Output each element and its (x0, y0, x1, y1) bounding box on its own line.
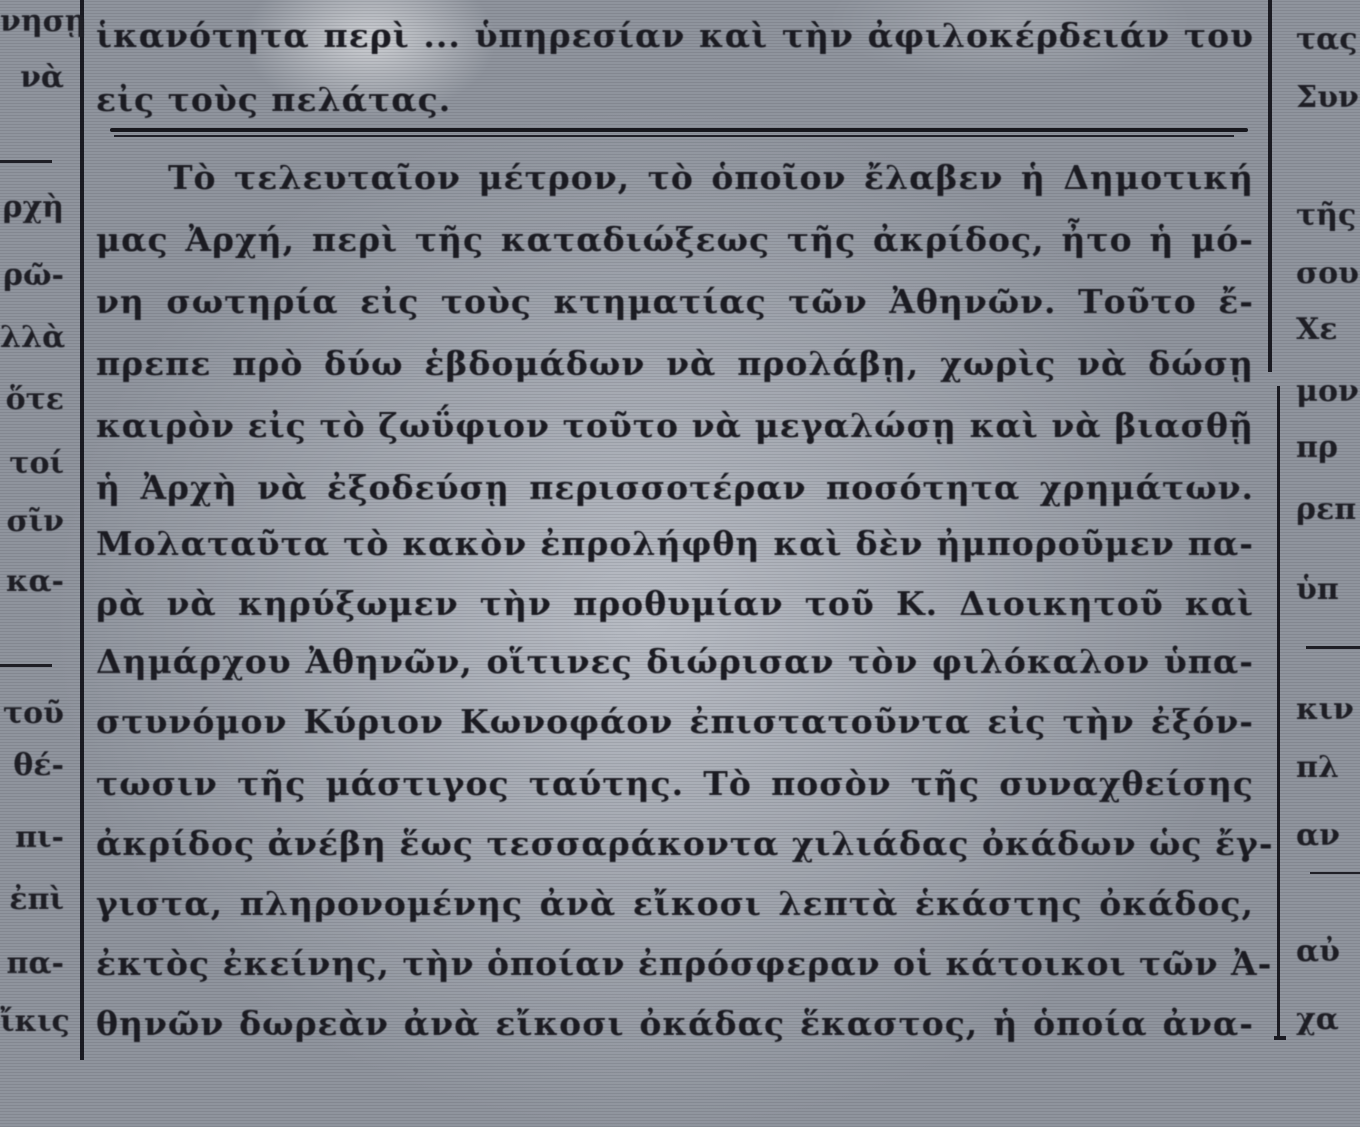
right-column-rule-lower (1277, 386, 1280, 1038)
text-line: ἐκτὸς ἐκείνης, τὴν ὁποίαν ἐπρόσφεραν οἱ … (96, 942, 1254, 986)
text-line: στυνόμον Κύριον Κωνοφάον ἐπιστατοῦντα εἰ… (96, 700, 1254, 744)
text-line: Μολαταῦτα τὸ κακὸν ἐπρολήφθη καὶ δὲν ἠμπ… (96, 522, 1254, 566)
left-fragment: σῖν (0, 502, 64, 542)
right-fragment: ὑπ (1296, 570, 1360, 610)
text-line: εἰς τοὺς πελάτας. (96, 78, 1254, 122)
left-fragment: ρχὴ (0, 188, 64, 228)
text-line: νη σωτηρία εἰς τοὺς κτηματίας τῶν Ἀθηνῶν… (96, 280, 1254, 324)
left-fragment: ὅτε (0, 380, 64, 420)
article-separator-rule (110, 128, 1248, 140)
left-fragment: πα- (0, 944, 64, 984)
text-line: γιστα, πληρονομένης ἀνὰ εἴκοσι λεπτὰ ἑκά… (96, 882, 1254, 926)
left-fragment: ἐπὶ (0, 880, 64, 920)
right-fragment: αὐ (1296, 932, 1360, 972)
right-fragment: σου (1296, 254, 1360, 294)
text-line: ρὰ νὰ κηρύξωμεν τὴν προθυμίαν τοῦ Κ. Διο… (96, 582, 1254, 626)
right-fragment: χα (1296, 1000, 1360, 1040)
right-fragment: κιν (1296, 690, 1360, 730)
text-line: Τὸ τελευταῖον μέτρον, τὸ ὁποῖον ἔλαβεν ἡ… (96, 156, 1254, 200)
separator-thick-line (110, 128, 1248, 132)
left-fragment: τοῦ (0, 694, 64, 734)
left-fragment: νησῃ (0, 2, 64, 42)
right-fragment: μον (1296, 372, 1360, 412)
right-fragment: αν (1296, 816, 1360, 856)
left-fragment: κα- (0, 562, 64, 602)
text-line: θηνῶν δωρεὰν ἀνὰ εἴκοσι ὀκάδας ἕκαστος, … (96, 1002, 1254, 1046)
left-fragment: ρῶ- (0, 256, 64, 296)
left-column-rule (80, 0, 84, 1060)
left-fragment: λλὰ (0, 318, 64, 358)
left-fragment: ἴκις (0, 1002, 64, 1042)
text-line: καιρὸν εἰς τὸ ζωΰφιον τοῦτο νὰ μεγαλώσῃ … (96, 404, 1254, 448)
text-line: ἡ Ἀρχὴ νὰ ἐξοδεύσῃ περισσοτέραν ποσότητα… (96, 466, 1254, 510)
right-section-rule (1310, 872, 1360, 874)
right-fragment: τας (1296, 20, 1360, 60)
left-fragment: θέ- (0, 746, 64, 786)
separator-thin-line (114, 135, 1234, 137)
left-section-rule (0, 160, 52, 163)
text-line: Δημάρχου Ἀθηνῶν, οἵτινες διώρισαν τὸν φι… (96, 640, 1254, 684)
left-fragment: τοί (0, 444, 64, 484)
text-line: ἱκανότητα περὶ ... ὑπηρεσίαν καὶ τὴν ἀφι… (96, 14, 1254, 58)
right-column-rule-end (1274, 1036, 1286, 1040)
text-line: τωσιν τῆς μάστιγος ταύτης. Τὸ ποσὸν τῆς … (96, 762, 1254, 806)
right-fragment: τῆς (1296, 196, 1360, 236)
left-fragment: πι- (0, 818, 64, 858)
text-line: μας Ἀρχή, περὶ τῆς καταδιώξεως τῆς ἀκρίδ… (96, 218, 1254, 262)
left-section-rule (0, 664, 52, 667)
right-fragment: Συν (1296, 78, 1360, 118)
right-fragment: πρ (1296, 428, 1360, 468)
left-fragment: νὰ (0, 58, 64, 98)
newspaper-page: νησῃ νὰ ρχὴ ρῶ- λλὰ ὅτε τοί σῖν κα- τοῦ … (0, 0, 1360, 1127)
right-fragment: πλ (1296, 748, 1360, 788)
right-column-rule-upper (1268, 0, 1272, 372)
right-section-rule (1306, 646, 1360, 649)
right-fragment: ρεπ (1296, 490, 1360, 530)
text-line: ἀκρίδος ἀνέβη ἕως τεσσαράκοντα χιλιάδας … (96, 822, 1254, 866)
text-line: πρεπε πρὸ δύω ἑβδομάδων νὰ προλάβῃ, χωρὶ… (96, 342, 1254, 386)
right-fragment: Χε (1296, 310, 1360, 350)
